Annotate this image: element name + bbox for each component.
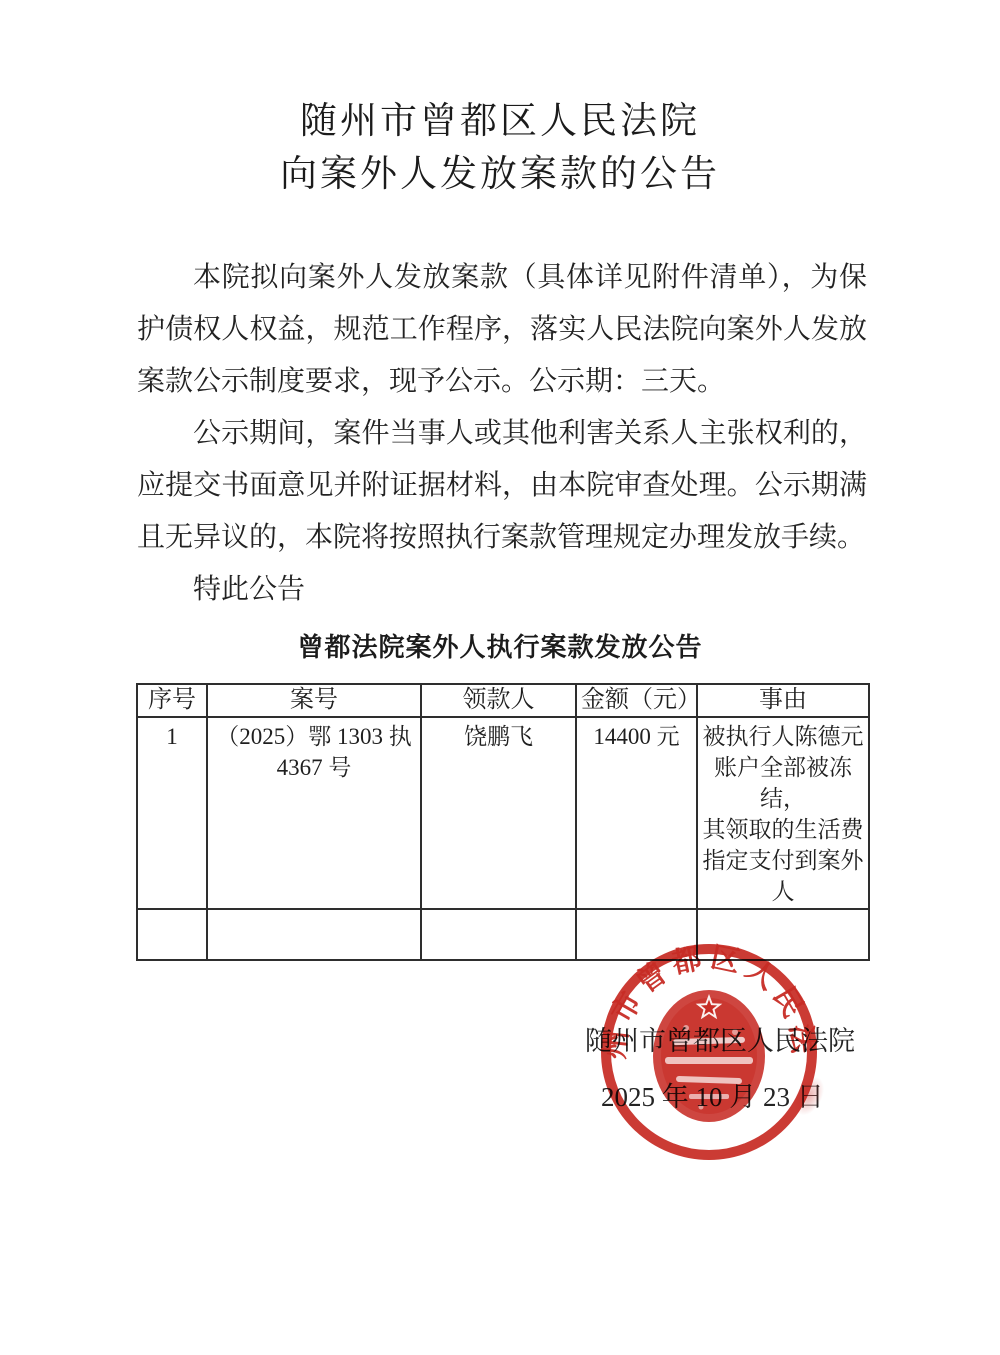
document-title-line-1: 随州市曾都区人民法院 xyxy=(0,95,1000,148)
empty-cell xyxy=(137,909,207,960)
column-header-seq: 序号 xyxy=(137,684,207,717)
document-title-line-2: 向案外人发放案款的公告 xyxy=(0,148,1000,201)
reason-cell: 被执行人陈德元 账户全部被冻结， 其领取的生活费 指定支付到案外 人 xyxy=(697,717,869,909)
document-body: 本院拟向案外人发放案款（具体详见附件清单），为保护债权人权益，规范工作程序，落实… xyxy=(137,252,867,616)
empty-cell xyxy=(421,909,576,960)
body-paragraph-2: 公示期间，案件当事人或其他利害关系人主张权利的，应提交书面意见并附证据材料，由本… xyxy=(137,408,867,564)
column-header-case-number: 案号 xyxy=(207,684,421,717)
column-header-reason: 事由 xyxy=(697,684,869,717)
empty-cell xyxy=(207,909,421,960)
fund-distribution-table: 序号 案号 领款人 金额（元） 事由 1 （2025）鄂 1303 执 4367… xyxy=(136,683,870,961)
table-header-row: 序号 案号 领款人 金额（元） 事由 xyxy=(137,684,869,717)
document-title: 随州市曾都区人民法院 向案外人发放案款的公告 xyxy=(0,95,1000,201)
official-court-seal: 随州市曾都区人民法院 xyxy=(589,932,829,1172)
seq-cell: 1 xyxy=(137,717,207,909)
amount-cell: 14400 元 xyxy=(576,717,697,909)
court-announcement-document: 随州市曾都区人民法院 向案外人发放案款的公告 本院拟向案外人发放案款（具体详见附… xyxy=(0,0,1000,1355)
body-paragraph-1: 本院拟向案外人发放案款（具体详见附件清单），为保护债权人权益，规范工作程序，落实… xyxy=(137,252,867,408)
payee-cell: 饶鹏飞 xyxy=(421,717,576,909)
case-number-cell: （2025）鄂 1303 执 4367 号 xyxy=(207,717,421,909)
national-emblem xyxy=(653,990,765,1122)
column-header-amount: 金额（元） xyxy=(576,684,697,717)
body-closing-line: 特此公告 xyxy=(137,564,867,616)
table-row: 1 （2025）鄂 1303 执 4367 号 饶鹏飞 14400 元 被执行人… xyxy=(137,717,869,909)
table-caption: 曾都法院案外人执行案款发放公告 xyxy=(0,628,1000,668)
column-header-payee: 领款人 xyxy=(421,684,576,717)
